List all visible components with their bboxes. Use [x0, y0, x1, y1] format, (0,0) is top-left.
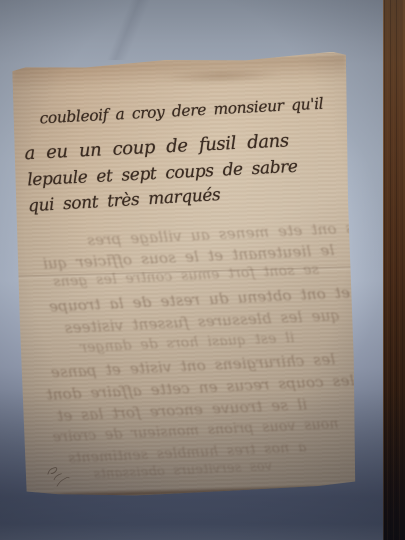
handwriting-line: qui sont très marqués: [27, 185, 220, 216]
wood-frame-edge: [383, 0, 405, 540]
manuscript-photo: coubleoif a croy dere monsieur qu'il a e…: [0, 0, 405, 540]
handwriting-line: coubleoif a croy dere monsieur qu'il: [39, 95, 324, 128]
manuscript-page: coubleoif a croy dere monsieur qu'il a e…: [12, 51, 358, 498]
